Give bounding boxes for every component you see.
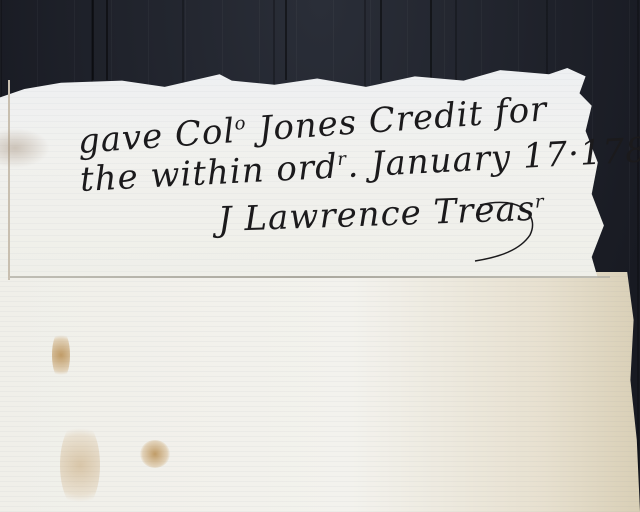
- rust-stain: [52, 330, 70, 380]
- rust-stain: [140, 440, 170, 468]
- background-crease: [92, 0, 94, 80]
- rust-stain: [60, 420, 100, 510]
- background-crease: [430, 0, 432, 80]
- paper-fiber-mark: [0, 128, 50, 168]
- fold-line: [10, 276, 610, 278]
- background-crease: [380, 0, 382, 80]
- background-crease: [285, 0, 287, 80]
- left-margin-line: [8, 80, 10, 280]
- signature-flourish: [460, 195, 550, 265]
- background-crease: [106, 0, 108, 80]
